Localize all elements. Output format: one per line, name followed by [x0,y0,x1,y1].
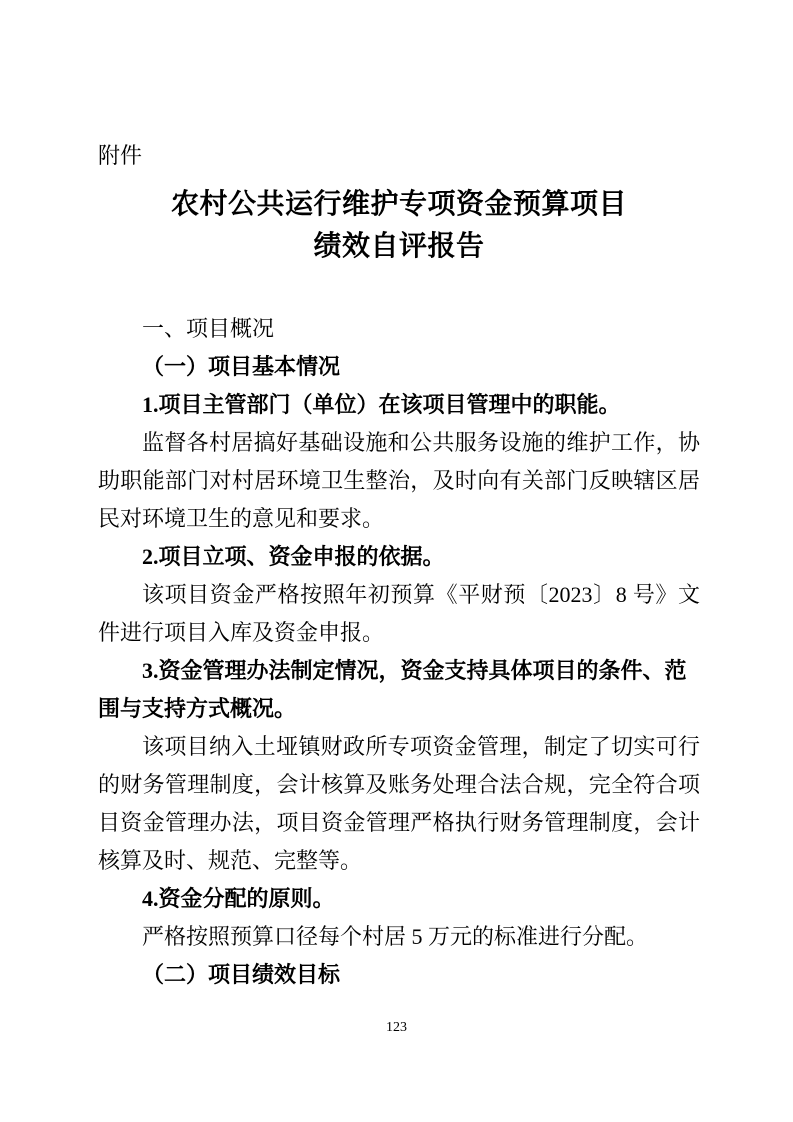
body-paragraph: 该项目纳入土垭镇财政所专项资金管理，制定了切实可行的财务管理制度，会计核算及账务… [98,728,700,880]
document-title: 农村公共运行维护专项资金预算项目 绩效自评报告 [98,184,700,268]
body-paragraph: 严格按照预算口径每个村居 5 万元的标准进行分配。 [98,918,700,956]
section-heading-level3: 1.项目主管部门（单位）在该项目管理中的职能。 [98,386,700,424]
document-page: 附件 农村公共运行维护专项资金预算项目 绩效自评报告 一、项目概况（一）项目基本… [0,0,793,1122]
document-body: 一、项目概况（一）项目基本情况1.项目主管部门（单位）在该项目管理中的职能。监督… [98,310,700,994]
section-heading-level3: 2.项目立项、资金申报的依据。 [98,538,700,576]
page-number: 123 [0,1018,793,1038]
section-heading-level2: （一）项目基本情况 [98,348,700,386]
section-heading-level3: 4.资金分配的原则。 [98,880,700,918]
section-heading-level3: 3.资金管理办法制定情况，资金支持具体项目的条件、范围与支持方式概况。 [98,652,700,728]
section-heading-level2: （二）项目绩效目标 [98,956,700,994]
attachment-label: 附件 [98,140,700,172]
section-heading-level1: 一、项目概况 [98,310,700,348]
document-title-line-2: 绩效自评报告 [98,226,700,268]
body-paragraph: 监督各村居搞好基础设施和公共服务设施的维护工作，协助职能部门对村居环境卫生整治，… [98,424,700,538]
document-title-line-1: 农村公共运行维护专项资金预算项目 [98,184,700,226]
body-paragraph: 该项目资金严格按照年初预算《平财预〔2023〕8 号》文件进行项目入库及资金申报… [98,576,700,652]
